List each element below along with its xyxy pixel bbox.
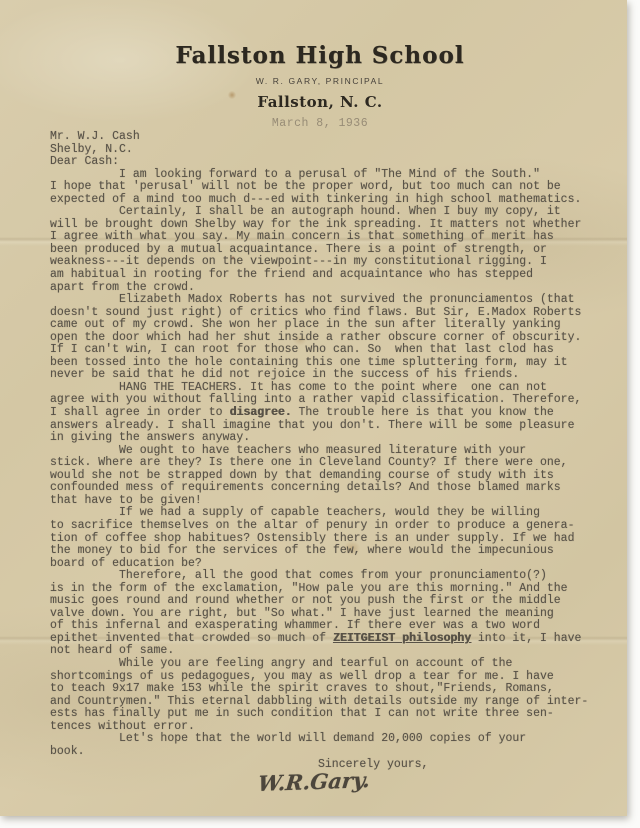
paragraph-3: Elizabeth Madox Roberts has not survived… <box>50 294 602 382</box>
letter-date: March 8, 1936 <box>20 117 620 130</box>
paragraph-2: Certainly, I shall be an autograph hound… <box>50 206 602 294</box>
paragraph-7: Therefore, all the good that comes from … <box>50 570 602 658</box>
recipient-block: Mr. W.J. Cash Shelby, N.C. Dear Cash: <box>50 131 602 169</box>
overstruck-word-disagree: disagree. <box>229 406 291 419</box>
paragraph-4: HANG THE TEACHERS. It has come to the po… <box>50 382 602 445</box>
signature: W.R.Gary. <box>257 773 408 791</box>
paragraph-1: I am looking forward to a perusal of "Th… <box>50 169 602 207</box>
letterhead: Fallston High School W. R. GARY, PRINCIP… <box>20 0 620 130</box>
principal-line: W. R. GARY, PRINCIPAL <box>20 76 620 86</box>
underlined-zeitgeist-phrase: ZEITGEIST philosophy <box>333 632 471 645</box>
paragraph-9: Let's hope that the world will demand 20… <box>50 733 602 758</box>
paragraph-6: If we had a supply of capable teachers, … <box>50 507 602 570</box>
paragraph-5: We ought to have teachers who measured l… <box>50 445 602 508</box>
location-line: Fallston, N. C. <box>20 93 620 111</box>
letter-paper: Fallston High School W. R. GARY, PRINCIP… <box>0 0 627 816</box>
paragraph-8: While you are feeling angry and tearful … <box>50 658 602 733</box>
school-name: Fallston High School <box>20 42 620 69</box>
letter-body: Mr. W.J. Cash Shelby, N.C. Dear Cash: I … <box>50 131 602 790</box>
